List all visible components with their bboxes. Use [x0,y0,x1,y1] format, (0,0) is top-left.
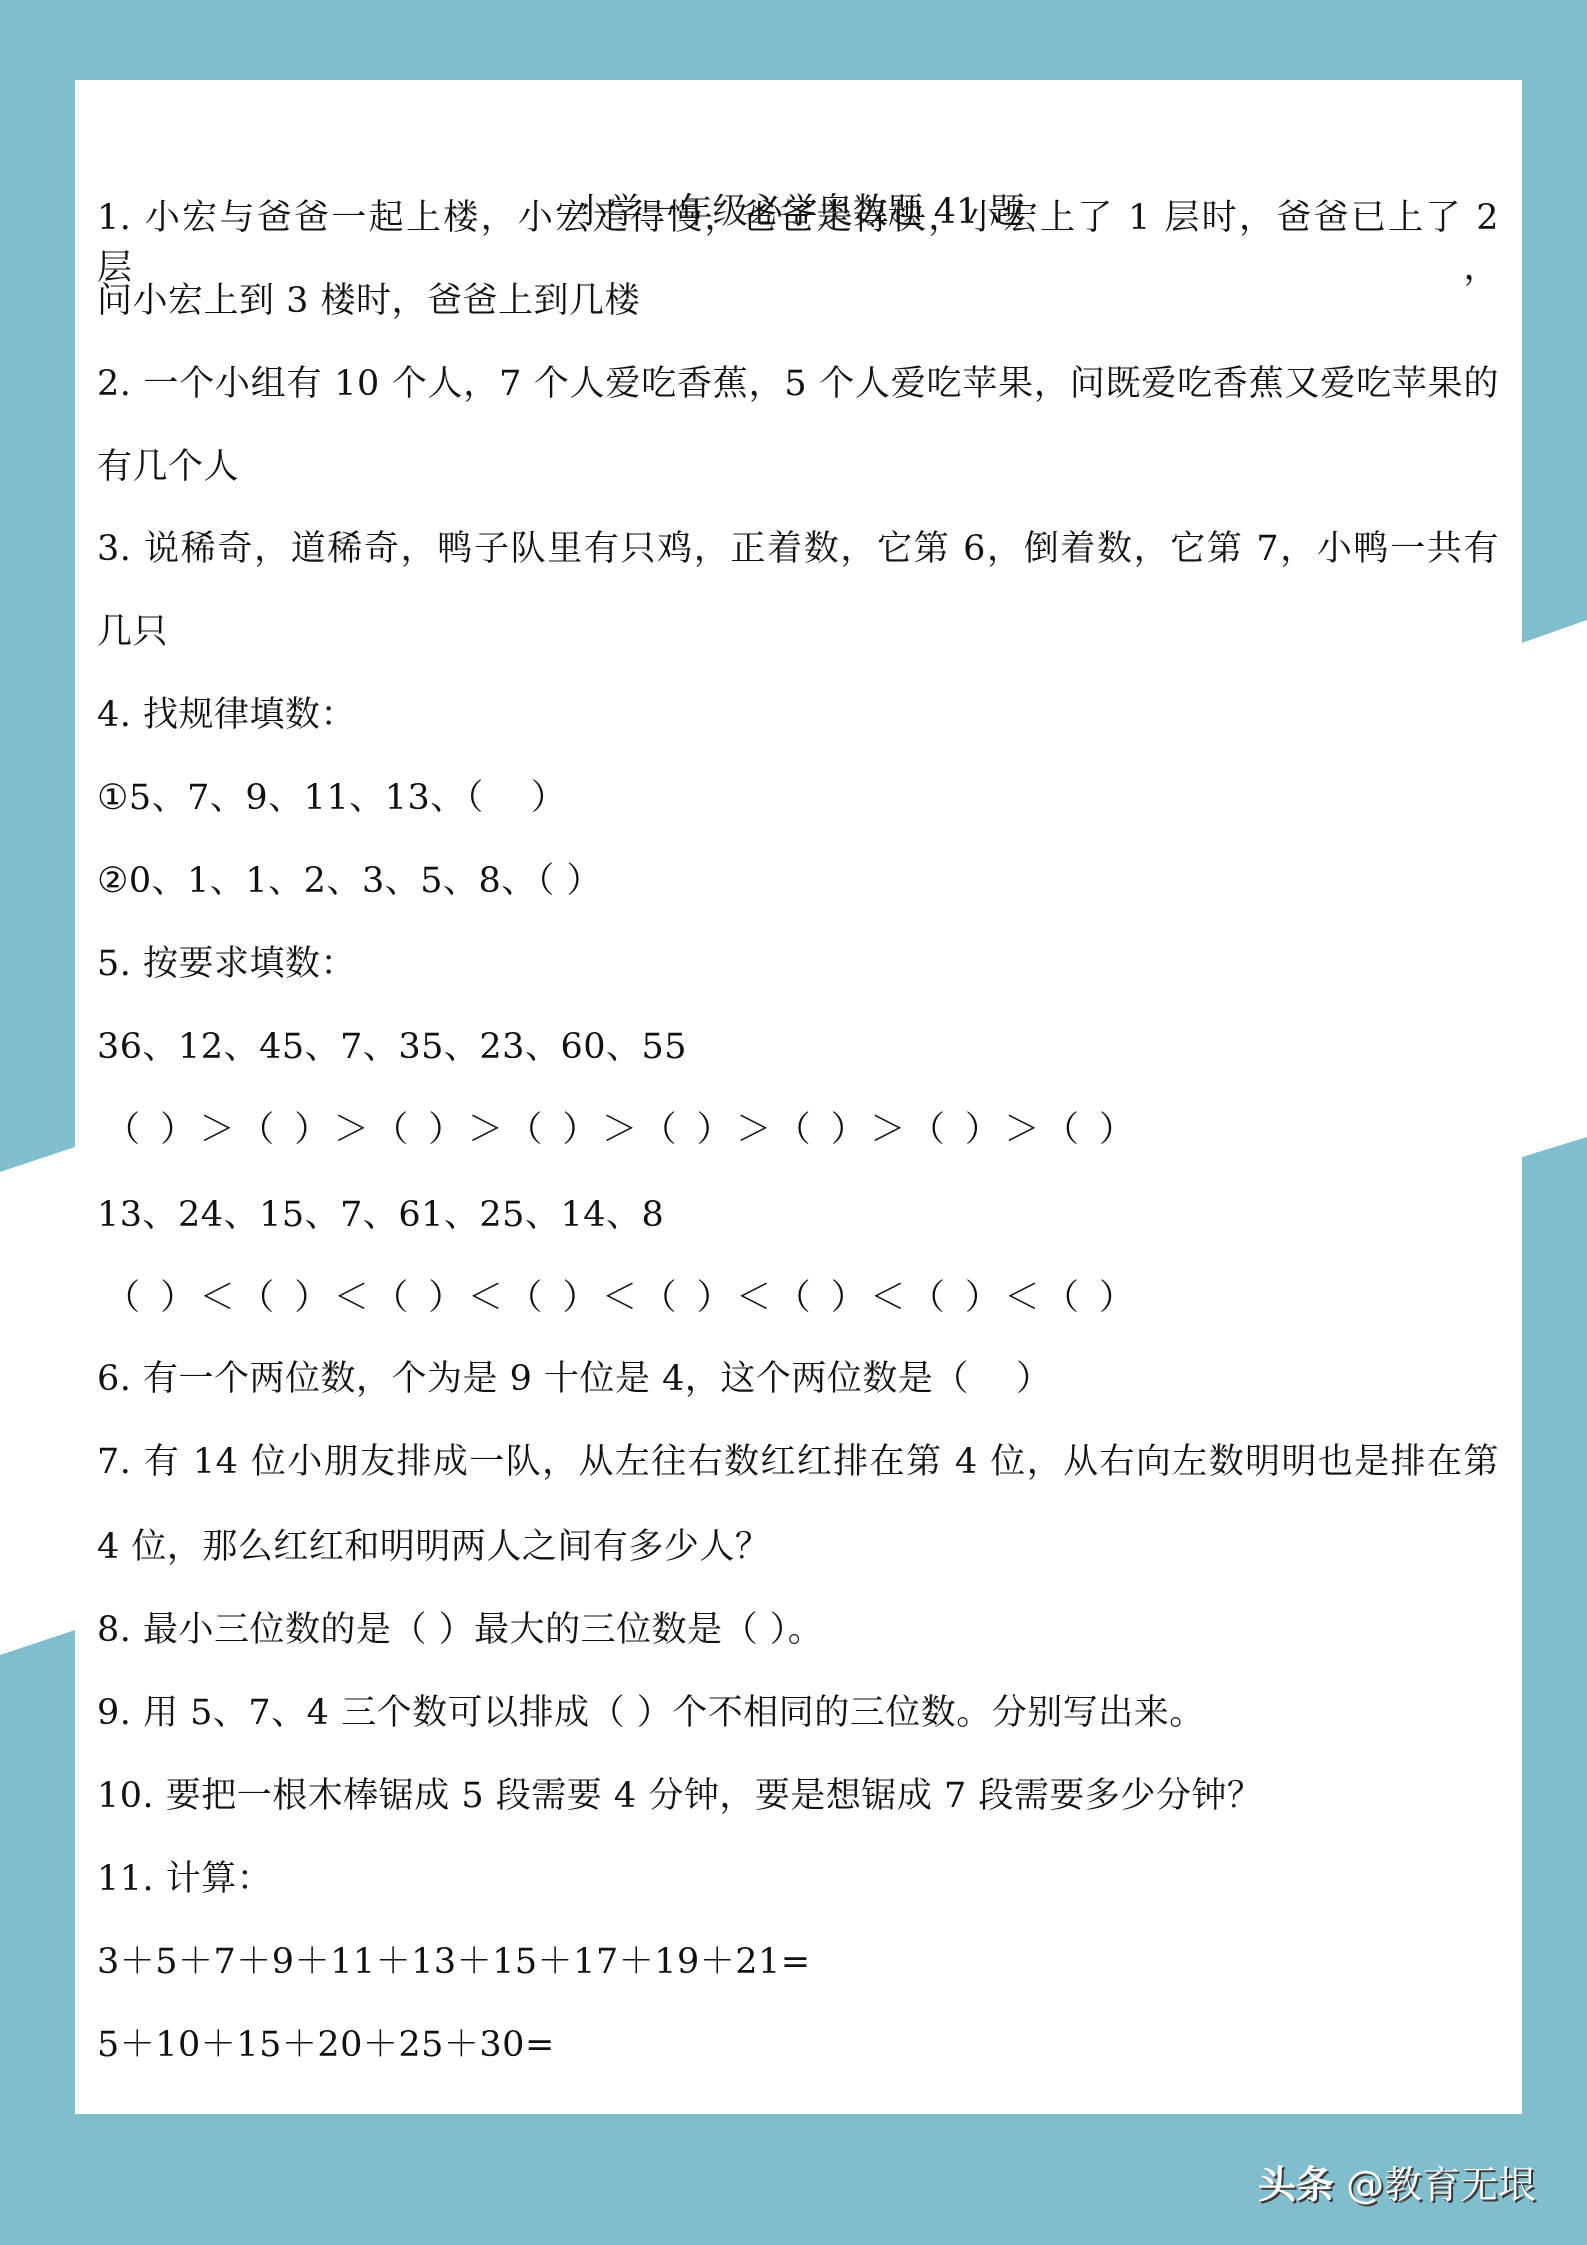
worksheet-card: 小学一年级必学奥数题 41 题 1. 小宏与爸爸一起上楼，小宏走得慢，爸爸走得快… [75,80,1522,2114]
question-5-numbers-2: 13、24、15、7、61、25、14、8 [97,1190,1499,1240]
question-11-heading: 11. 计算： [97,1854,1499,1904]
question-4-sequence-2: ②0、1、1、2、3、5、8、（ ） [97,856,1499,906]
question-4-sequence-1: ①5、7、9、11、13、（ ） [97,773,1499,823]
left-white-band [0,1147,75,1655]
question-11-sum-2: 5＋10＋15＋20＋25＋30= [97,2020,1499,2070]
question-4-heading: 4. 找规律填数： [97,690,1499,740]
question-3-line-1: 3. 说稀奇，道稀奇，鸭子队里有只鸡，正着数，它第 6，倒着数，它第 7，小鸭一… [97,524,1499,574]
question-6: 6. 有一个两位数，个为是 9 十位是 4，这个两位数是（ ） [97,1354,1499,1404]
question-1-line-2: 问小宏上到 3 楼时，爸爸上到几楼 [97,276,1499,326]
watermark: 头条 @教育无垠 [1258,2160,1536,2210]
question-7-line-2: 4 位，那么红红和明明两人之间有多少人？ [97,1522,1499,1572]
question-11-sum-1: 3＋5＋7＋9＋11＋13＋15＋17＋19＋21= [97,1937,1499,1987]
question-5-blanks-descending: （ ）＞（ ）＞（ ）＞（ ）＞（ ）＞（ ）＞（ ）＞（ ） [105,1105,1507,1155]
question-7-line-1: 7. 有 14 位小朋友排成一队，从左往右数红红排在第 4 位，从右向左数明明也… [97,1437,1499,1487]
question-8: 8. 最小三位数的是（ ）最大的三位数是（ ）。 [97,1605,1499,1655]
question-5-blanks-ascending: （ ）＜（ ）＜（ ）＜（ ）＜（ ）＜（ ）＜（ ）＜（ ） [105,1273,1507,1323]
question-10: 10. 要把一根木棒锯成 5 段需要 4 分钟，要是想锯成 7 段需要多少分钟？ [97,1771,1499,1821]
question-9: 9. 用 5、7、4 三个数可以排成（ ）个不相同的三位数。分别写出来。 [97,1688,1499,1738]
question-2-line-1: 2. 一个小组有 10 个人，7 个人爱吃香蕉，5 个人爱吃苹果，问既爱吃香蕉又… [97,359,1499,409]
question-5-heading: 5. 按要求填数： [97,939,1499,989]
watermark-handle: @教育无垠 [1346,2163,1536,2207]
question-5-numbers-1: 36、12、45、7、35、23、60、55 [97,1022,1499,1072]
question-2-line-2: 有几个人 [97,442,1499,492]
right-white-band [1522,620,1587,1157]
question-3-line-2: 几只 [97,607,1499,657]
watermark-brand: 头条 [1258,2163,1334,2207]
question-1-line-1: 1. 小宏与爸爸一起上楼，小宏走得慢，爸爸走得快，小宏上了 1 层时，爸爸已上了… [97,193,1499,243]
